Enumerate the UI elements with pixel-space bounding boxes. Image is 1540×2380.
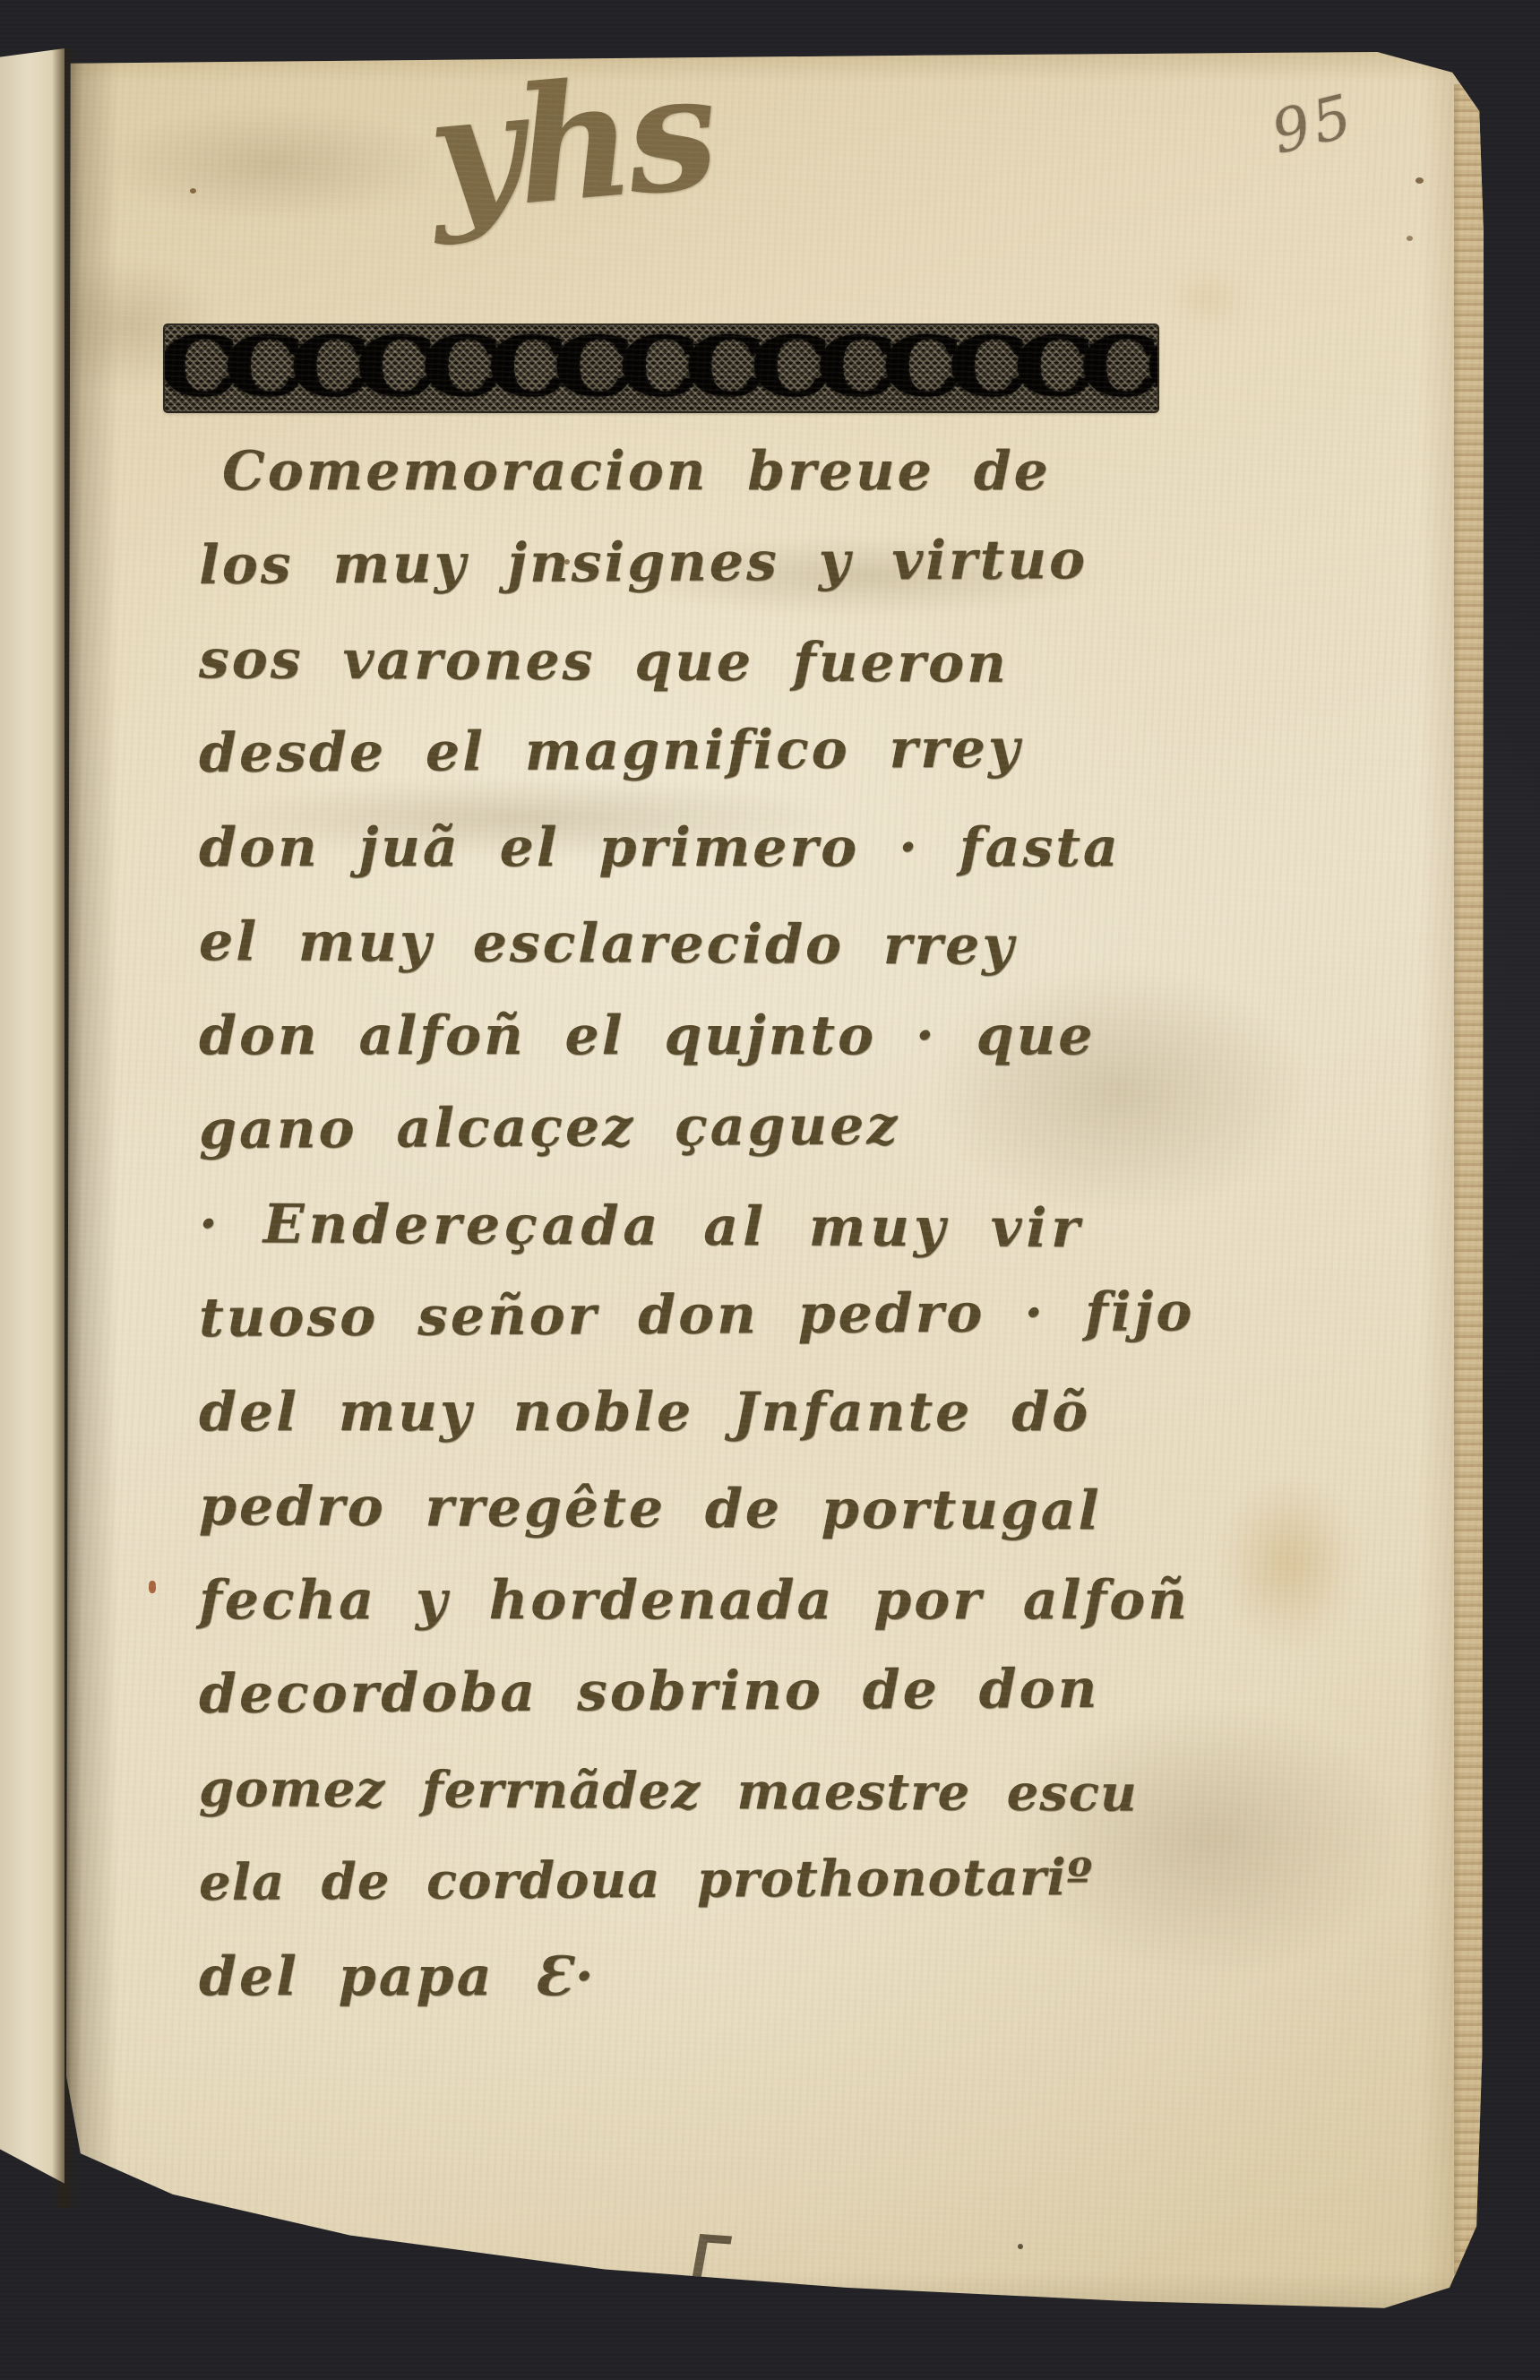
text-line: ela de cordoua prothonotariº	[199, 1830, 1239, 1930]
text-line: Comemoracion breue de	[222, 425, 1238, 519]
show-through-smudge	[102, 106, 443, 222]
manuscript-text-block: Comemoracion breue de los muy jnsignes y…	[199, 425, 1238, 2024]
text-line: pedro rregête de portugal	[199, 1460, 1239, 1559]
text-line: decordoba sobrino de don	[199, 1642, 1239, 1742]
folio-number: 95	[1265, 81, 1362, 168]
text-line: del muy noble Jnfante dõ	[199, 1366, 1238, 1460]
text-line: del papa Ɛ·	[199, 1930, 1238, 2024]
ihs-monogram: yhs	[423, 43, 812, 235]
text-line: don juã el primero · fasta	[199, 801, 1238, 895]
gutter-crease-shadow	[52, 48, 82, 2208]
quire-signature-mark	[691, 2234, 732, 2289]
text-line: el muy esclarecido rrey	[199, 895, 1239, 995]
text-line: tuoso señor don pedro · fijo	[199, 1265, 1239, 1366]
photograph-of-manuscript-page: yhs 95 CCCCCCCCCCCCCCCCCCC Comemoracion …	[0, 0, 1540, 2380]
text-line: · Endereçada al muy vir	[199, 1177, 1239, 1277]
text-line: los muy jnsignes y virtuo	[199, 513, 1239, 613]
ornamental-headband: CCCCCCCCCCCCCCCCCCC	[165, 325, 1157, 411]
foxing-spot	[1407, 236, 1413, 241]
manuscript-page: yhs 95 CCCCCCCCCCCCCCCCCCC Comemoracion …	[66, 52, 1484, 2326]
headband-arc-pattern: CCCCCCCCCCCCCCCCCCC	[165, 325, 1157, 410]
tan-stain	[1168, 267, 1249, 330]
foxing-spot	[1018, 2244, 1023, 2249]
text-line: sos varones que fueron	[199, 613, 1239, 712]
text-line: gomez ferrnãdez maestre escu	[199, 1742, 1239, 1841]
tan-stain	[1222, 1477, 1356, 1647]
ink-fleck	[149, 1581, 156, 1593]
text-line: don alfoñ el qujnto · que	[199, 989, 1238, 1083]
text-line: gano alcaçez çaguez	[199, 1077, 1239, 1177]
foxing-spot	[1415, 177, 1424, 184]
text-line: fecha y hordenada por alfoñ	[199, 1554, 1238, 1648]
foxing-spot	[190, 188, 196, 194]
text-line: desde el magnifico rrey	[199, 701, 1239, 801]
fore-edge-leaf-stack	[1454, 84, 1484, 2290]
